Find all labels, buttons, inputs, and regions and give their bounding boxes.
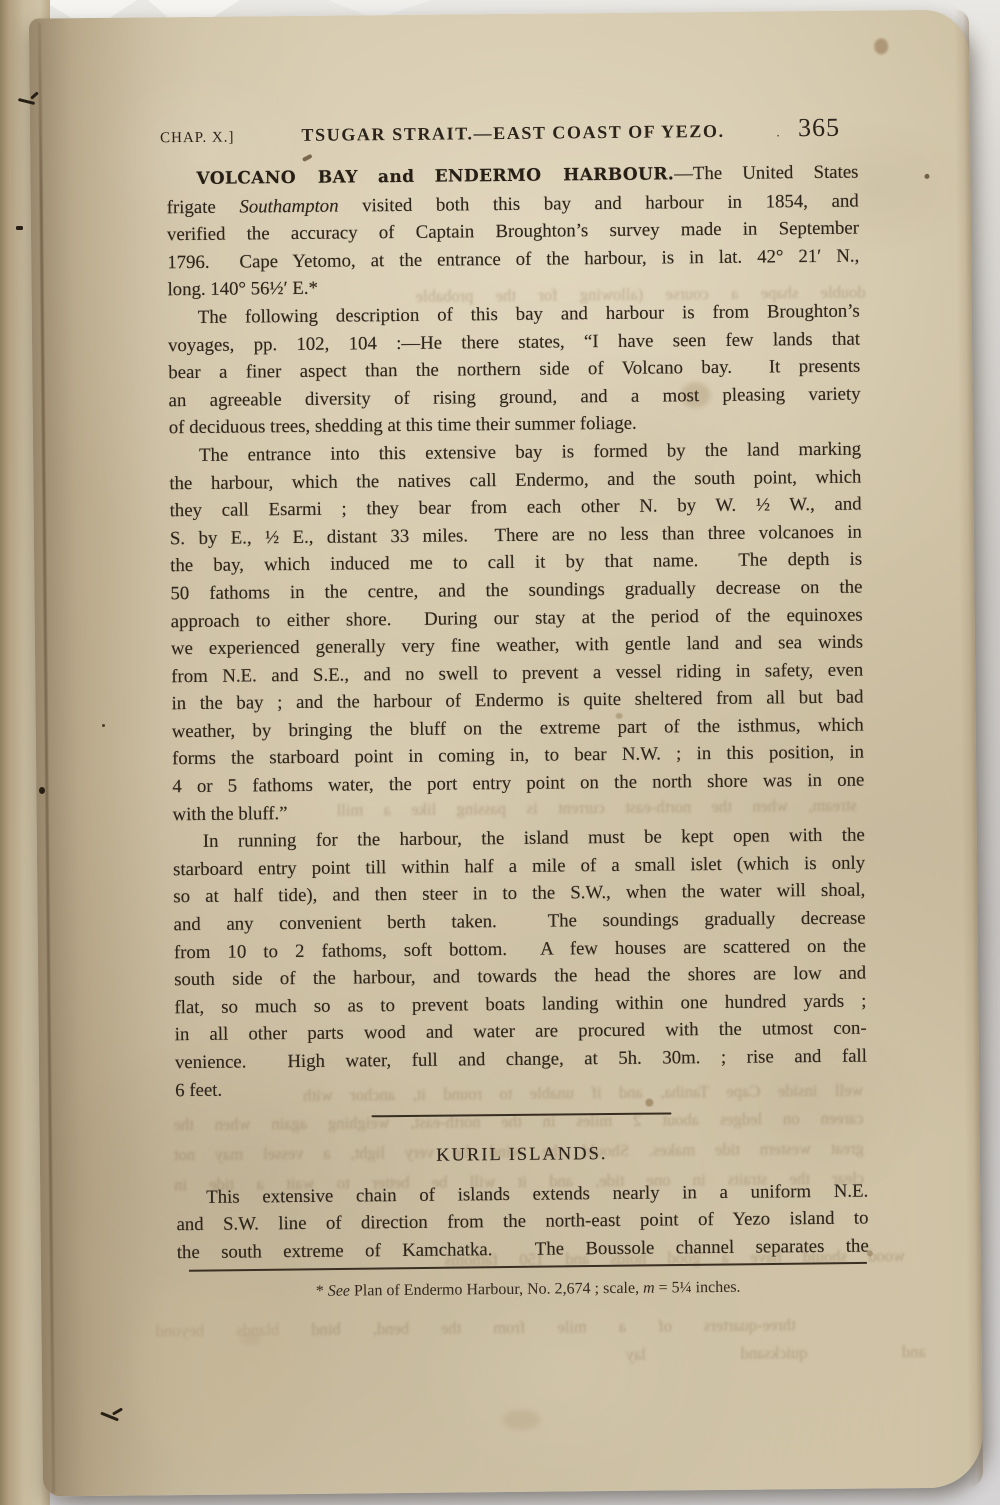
paragraph: VOLCANO BAY and ENDERMO HARBOUR.—The Uni… xyxy=(166,159,859,305)
text-line: the south extreme of Kamchatka. The Bous… xyxy=(177,1233,869,1267)
book-scan-scene: double shape a course (allowing for the … xyxy=(0,0,1000,1505)
paragraph: The following description of this bay an… xyxy=(168,298,861,443)
paragraph: This extensive chain of islands extends … xyxy=(176,1177,869,1266)
running-header: CHAP. X.] TSUGAR STRAIT.—EAST COAST OF Y… xyxy=(160,113,860,150)
footnote-block: * See Plan of Endermo Harbour, No. 2,674… xyxy=(189,1263,867,1303)
footnote-text: * See Plan of Endermo Harbour, No. 2,674… xyxy=(189,1278,867,1303)
showthrough-ghost-text: and quicksand lay xyxy=(626,1338,926,1365)
stray-dot: . xyxy=(758,125,798,141)
foxing-stain xyxy=(240,1332,262,1346)
showthrough-ghost-text: three-quarters of a mile from the bend, … xyxy=(155,1311,795,1341)
binding-stitch xyxy=(39,787,45,794)
chapter-label: CHAP. X.] xyxy=(160,129,268,147)
section-divider-rule xyxy=(371,1113,671,1118)
foxing-stain xyxy=(874,38,888,54)
foxing-stain xyxy=(502,1410,540,1430)
paragraph: In running for the harbour, the island m… xyxy=(173,822,868,1105)
page-title: TSUGAR STRAIT.—EAST COAST OF YEZO. xyxy=(268,121,758,147)
foxing-stain xyxy=(924,174,929,179)
section-heading: KURIL ISLANDS. xyxy=(176,1139,868,1173)
paragraph: The entrance into this extensive bay is … xyxy=(169,436,865,829)
body-text: VOLCANO BAY and ENDERMO HARBOUR.—The Uni… xyxy=(166,159,869,1267)
paper-speck xyxy=(102,724,105,727)
page-number: 365 xyxy=(798,113,840,143)
foxing-stain xyxy=(302,154,313,162)
book-page: double shape a course (allowing for the … xyxy=(29,10,983,1497)
binding-stitch xyxy=(16,226,23,230)
